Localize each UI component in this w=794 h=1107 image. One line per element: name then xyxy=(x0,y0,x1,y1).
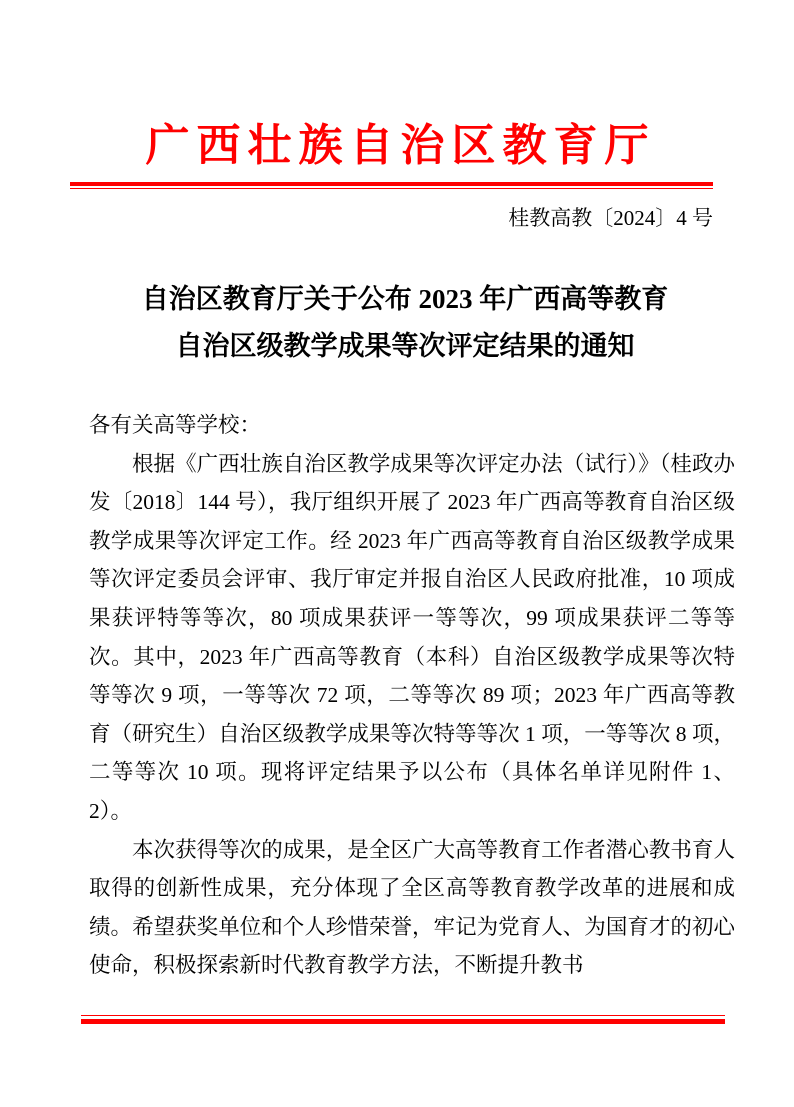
salutation: 各有关高等学校： xyxy=(89,406,735,445)
body-paragraph-2: 本次获得等次的成果，是全区广大高等教育工作者潜心教书育人取得的创新性成果，充分体… xyxy=(89,831,735,985)
red-header-divider xyxy=(70,182,713,189)
notice-title: 自治区教育厅关于公布 2023 年广西高等教育 自治区级教学成果等次评定结果的通… xyxy=(52,276,758,370)
body-paragraph-1: 根据《广西壮族自治区教学成果等次评定办法（试行）》（桂政办发〔2018〕144 … xyxy=(89,445,735,831)
document-reference-number: 桂教高教〔2024〕4 号 xyxy=(89,204,713,232)
official-document-page: 广西壮族自治区教育厅 桂教高教〔2024〕4 号 自治区教育厅关于公布 2023… xyxy=(0,0,794,1107)
agency-name-header: 广西壮族自治区教育厅 xyxy=(0,124,794,168)
document-body: 各有关高等学校： 根据《广西壮族自治区教学成果等次评定办法（试行）》（桂政办发〔… xyxy=(89,406,735,1001)
notice-title-line1: 自治区教育厅关于公布 2023 年广西高等教育 xyxy=(52,276,758,323)
notice-title-line2: 自治区级教学成果等次评定结果的通知 xyxy=(52,323,758,370)
red-footer-divider xyxy=(81,1015,725,1024)
